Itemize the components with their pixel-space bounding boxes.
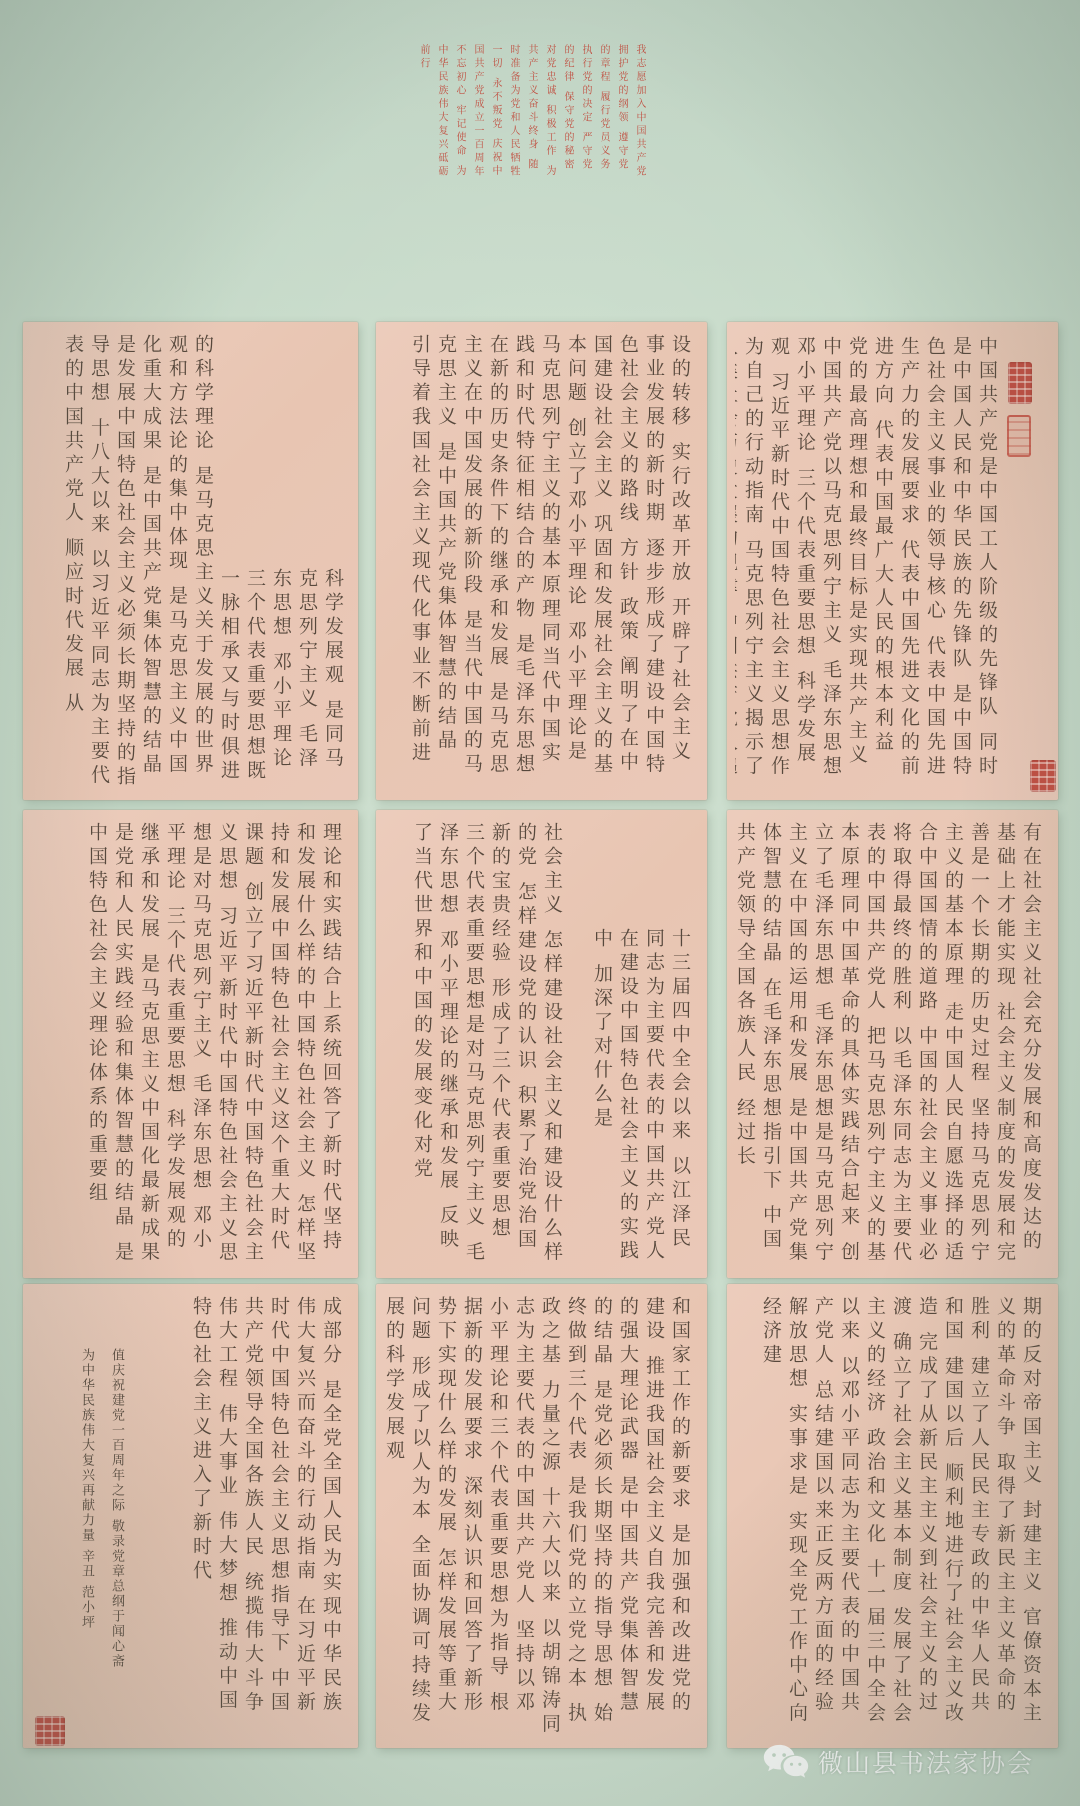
sheet-text: 成部分 是全党全国人民为实现中华民族伟大复兴而奋斗的行动指南 在习近平新时代中国… — [139, 1296, 344, 1736]
sheet-text: 社会主义 怎样建设社会主义和建设什么样的党 怎样建设党的认识 积累了治党治国新的… — [384, 822, 565, 1268]
header-red-seal-outline — [1007, 415, 1031, 457]
sheet-text: 期的反对帝国主义 封建主义 官僚资本主义的革命斗争 取得了新民主主义革命的胜利 … — [735, 1296, 1044, 1738]
calligraphy-sheet-bottom-right: 期的反对帝国主义 封建主义 官僚资本主义的革命斗争 取得了新民主主义革命的胜利 … — [727, 1284, 1058, 1748]
sheet-text: 理论和实践结合上系统回答了新时代坚持和发展什么样的中国特色社会主义 怎样坚持和发… — [31, 822, 344, 1268]
wechat-watermark: 微山县书法家协会 — [762, 1743, 1034, 1784]
sheet-text: 和国家工作的新要求 是加强和改进党的建设 推进我国社会主义自我完善和发展的强大理… — [384, 1296, 693, 1738]
sheet-text: 中国共产党是中国工人阶级的先锋队 同时是中国人民和中华民族的先锋队 是中国特色社… — [735, 336, 1000, 788]
corner-red-seal — [1030, 760, 1056, 792]
red-oath-inscription: 我志愿加入中国共产党 拥护党的纲领 遵守党的章程 履行党员义务 执行党的决定 严… — [340, 44, 648, 184]
header-red-seal — [1008, 362, 1032, 404]
sheet-text-opening: 十三届四中全会以来 以江泽民同志为主要代表的中国共产党人 在建设中国特色社会主义… — [571, 928, 693, 1268]
sheet-text: 的科学理论 是马克思主义关于发展的世界观和方法论的集中体现 是马克思主义中国化重… — [31, 334, 216, 790]
wechat-bubbles-icon — [762, 1743, 810, 1784]
calligraphy-sheet-top-right: 中国共产党是中国工人阶级的先锋队 同时是中国人民和中华民族的先锋队 是中国特色社… — [727, 322, 1058, 800]
calligraphy-sheet-top-middle: 设的转移 实行改革开放 开辟了社会主义事业发展的新时期 逐步形成了建设中国特色社… — [376, 322, 707, 800]
calligraphy-sheet-top-left: 科学发展观 是同马克思列宁主义 毛泽东思想 邓小平理论 三个代表重要思想既一脉相… — [23, 322, 358, 800]
calligraphy-sheet-middle-left: 理论和实践结合上系统回答了新时代坚持和发展什么样的中国特色社会主义 怎样坚持和发… — [23, 810, 358, 1278]
calligraphy-artwork-photo: 我志愿加入中国共产党 拥护党的纲领 遵守党的章程 履行党员义务 执行党的决定 严… — [0, 0, 1080, 1806]
calligraphy-sheet-bottom-left: 成部分 是全党全国人民为实现中华民族伟大复兴而奋斗的行动指南 在习近平新时代中国… — [23, 1284, 358, 1748]
calligraphy-sheet-bottom-middle: 和国家工作的新要求 是加强和改进党的建设 推进我国社会主义自我完善和发展的强大理… — [376, 1284, 707, 1748]
sheet-text-opening: 科学发展观 是同马克思列宁主义 毛泽东思想 邓小平理论 三个代表重要思想既一脉相… — [220, 568, 346, 790]
name-red-seal — [35, 1716, 65, 1746]
artist-colophon-signature: 值庆祝建党一百周年之际 敬录党章总纲于闻心斋 为中华民族伟大复兴再献力量 辛丑 … — [27, 1348, 131, 1678]
watermark-label: 微山县书法家协会 — [818, 1746, 1034, 1782]
sheet-text: 设的转移 实行改革开放 开辟了社会主义事业发展的新时期 逐步形成了建设中国特色社… — [384, 334, 693, 788]
calligraphy-sheet-middle-middle: 十三届四中全会以来 以江泽民同志为主要代表的中国共产党人 在建设中国特色社会主义… — [376, 810, 707, 1278]
sheet-text: 有在社会主义社会充分发展和高度发达的基础上才能实现 社会主义制度的发展和完善是一… — [735, 822, 1044, 1268]
calligraphy-sheet-middle-right: 有在社会主义社会充分发展和高度发达的基础上才能实现 社会主义制度的发展和完善是一… — [727, 810, 1058, 1278]
